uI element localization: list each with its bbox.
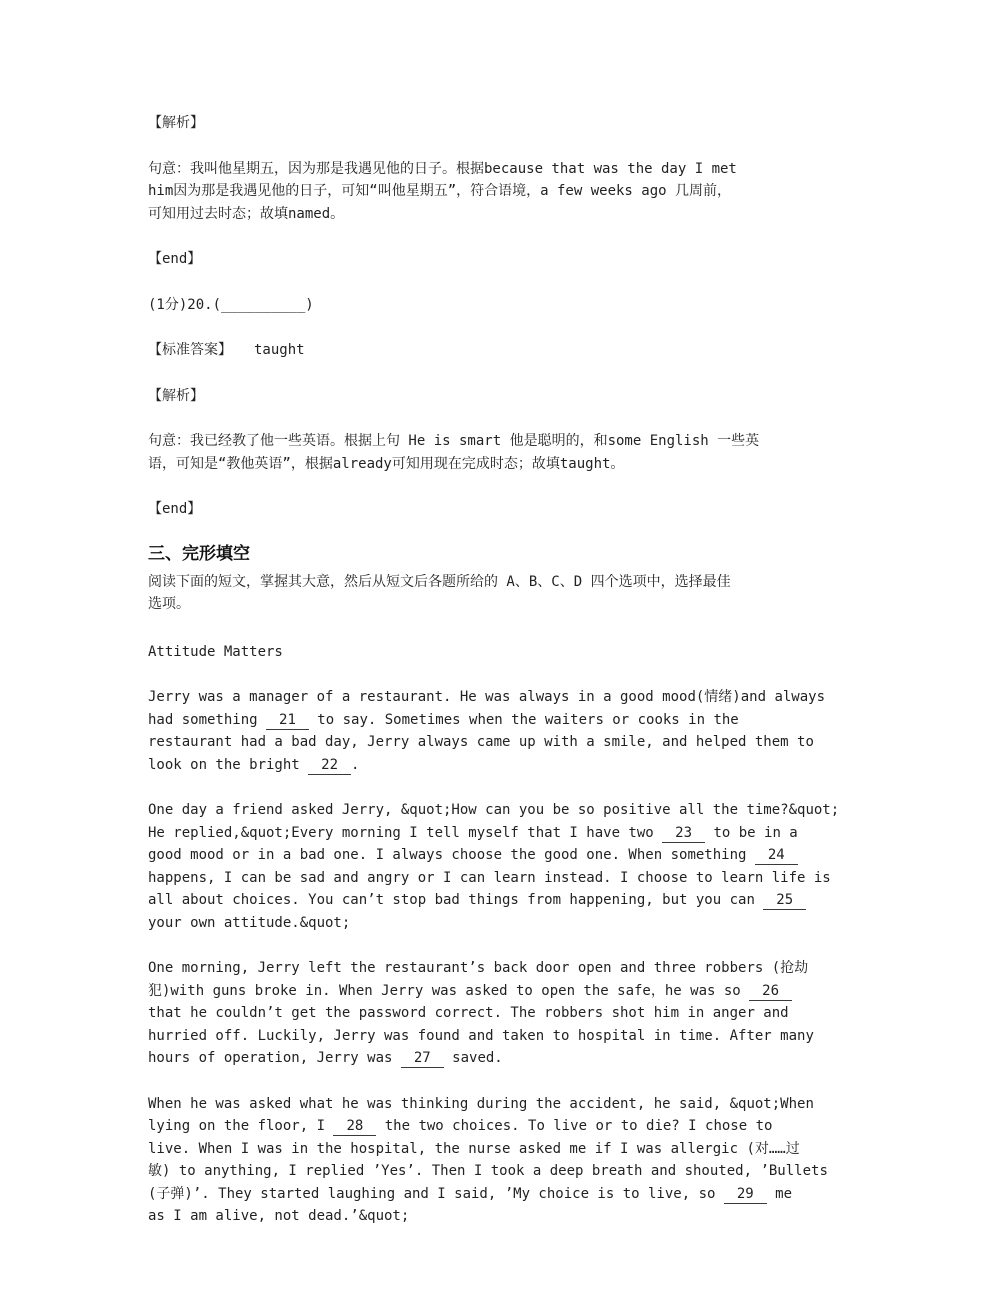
cloze-blank-21: 21 (266, 712, 309, 730)
end-marker-2: 【end】 (148, 498, 870, 521)
passage-title: Attitude Matters (148, 641, 870, 664)
cloze-blank-23: 23 (662, 825, 705, 843)
passage-paragraph-1: Jerry was a manager of a restaurant. He … (148, 686, 870, 776)
cloze-blank-24: 24 (755, 847, 798, 865)
cloze-instructions: 阅读下面的短文，掌握其大意，然后从短文后各题所给的 A、B、C、D 四个选项中，… (148, 571, 870, 616)
standard-answer-line: 【标准答案】taught (148, 339, 870, 362)
cloze-blank-29: 29 (724, 1186, 767, 1204)
analysis-body-2: 句意：我已经教了他一些英语。根据上句 He is smart 他是聪明的，和so… (148, 430, 870, 475)
cloze-blank-27: 27 (401, 1050, 444, 1068)
standard-answer-label: 【标准答案】 (148, 342, 232, 358)
standard-answer-value: taught (254, 342, 305, 358)
passage-paragraph-4: When he was asked what he was thinking d… (148, 1093, 870, 1228)
analysis-body-1: 句意：我叫他星期五，因为那是我遇见他的日子。根据because that was… (148, 158, 870, 226)
cloze-blank-22: 22 (308, 757, 351, 775)
exam-document-page: 【解析】 句意：我叫他星期五，因为那是我遇见他的日子。根据because tha… (0, 0, 1000, 1294)
section-heading-cloze: 三、完形填空 (148, 544, 870, 564)
end-marker-1: 【end】 (148, 248, 870, 271)
cloze-blank-26: 26 (749, 983, 792, 1001)
analysis-label-1: 【解析】 (148, 112, 870, 135)
passage-paragraph-3: One morning, Jerry left the restaurant’s… (148, 957, 870, 1070)
cloze-blank-25: 25 (763, 892, 806, 910)
passage-paragraph-2: One day a friend asked Jerry, &quot;How … (148, 799, 870, 934)
analysis-label-2: 【解析】 (148, 385, 870, 408)
question-20-line: (1分)20.(__________) (148, 294, 870, 317)
cloze-blank-28: 28 (333, 1118, 376, 1136)
